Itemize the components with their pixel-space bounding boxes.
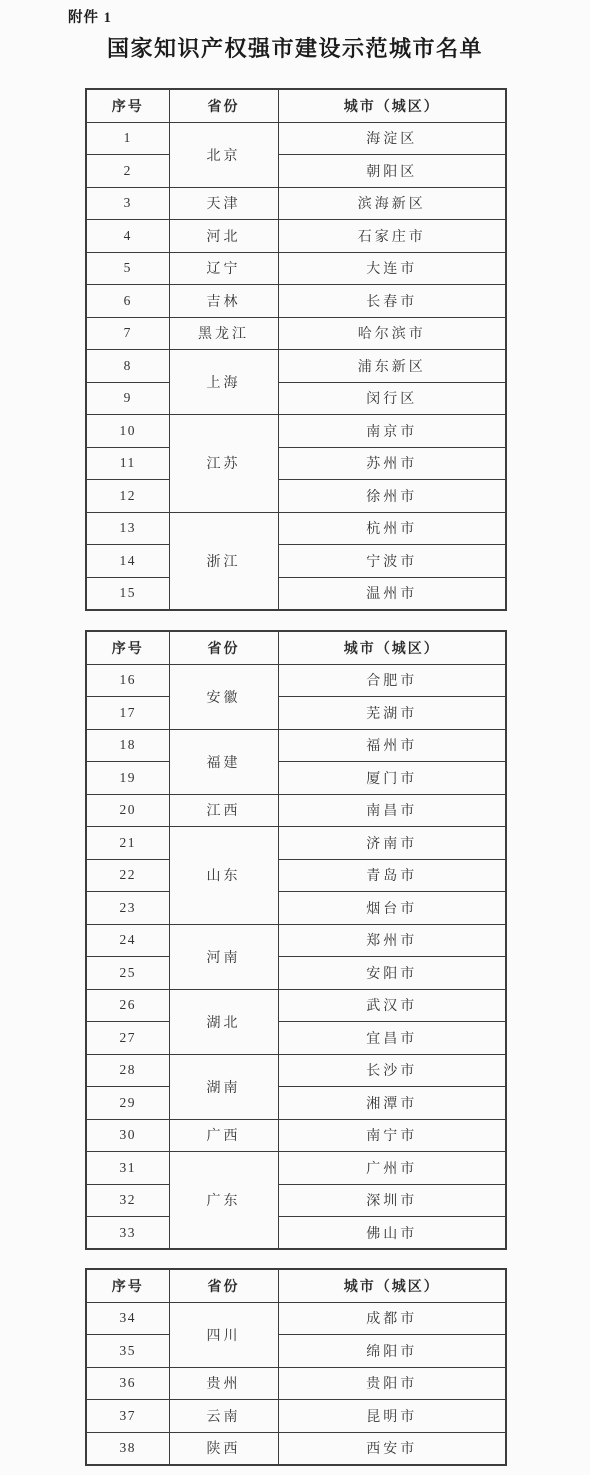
serial-number-cell: 12 bbox=[86, 480, 169, 513]
table-row: 31广东广州市 bbox=[86, 1152, 506, 1185]
serial-number-cell: 7 bbox=[86, 317, 169, 350]
serial-number-cell: 22 bbox=[86, 859, 169, 892]
serial-number-cell: 31 bbox=[86, 1152, 169, 1185]
serial-number-cell: 23 bbox=[86, 892, 169, 925]
serial-number-cell: 27 bbox=[86, 1022, 169, 1055]
province-cell: 北京 bbox=[169, 122, 278, 187]
table-row: 10江苏南京市 bbox=[86, 415, 506, 448]
column-header: 省份 bbox=[169, 89, 278, 122]
table-row: 11苏州市 bbox=[86, 447, 506, 480]
serial-number-cell: 14 bbox=[86, 545, 169, 578]
province-cell: 河北 bbox=[169, 220, 278, 253]
column-header: 城市（城区） bbox=[278, 89, 506, 122]
province-cell: 四川 bbox=[169, 1302, 278, 1367]
city-table-2: 序号省份城市（城区） 16安徽合肥市17芜湖市18福建福州市19厦门市20江西南… bbox=[85, 630, 507, 1250]
city-cell: 湘潭市 bbox=[278, 1087, 506, 1120]
serial-number-cell: 24 bbox=[86, 924, 169, 957]
serial-number-cell: 18 bbox=[86, 729, 169, 762]
city-cell: 厦门市 bbox=[278, 762, 506, 795]
city-cell: 郑州市 bbox=[278, 924, 506, 957]
table-row: 8上海浦东新区 bbox=[86, 350, 506, 383]
table-row: 5辽宁大连市 bbox=[86, 252, 506, 285]
serial-number-cell: 29 bbox=[86, 1087, 169, 1120]
city-cell: 昆明市 bbox=[278, 1400, 506, 1433]
city-cell: 烟台市 bbox=[278, 892, 506, 925]
serial-number-cell: 35 bbox=[86, 1335, 169, 1368]
serial-number-cell: 15 bbox=[86, 577, 169, 610]
column-header: 序号 bbox=[86, 1269, 169, 1302]
city-cell: 西安市 bbox=[278, 1432, 506, 1465]
city-cell: 滨海新区 bbox=[278, 187, 506, 220]
serial-number-cell: 19 bbox=[86, 762, 169, 795]
table-row: 24河南郑州市 bbox=[86, 924, 506, 957]
serial-number-cell: 6 bbox=[86, 285, 169, 318]
city-cell: 芜湖市 bbox=[278, 697, 506, 730]
table-row: 2朝阳区 bbox=[86, 155, 506, 188]
province-cell: 山东 bbox=[169, 827, 278, 925]
province-cell: 黑龙江 bbox=[169, 317, 278, 350]
serial-number-cell: 28 bbox=[86, 1054, 169, 1087]
table-row: 4河北石家庄市 bbox=[86, 220, 506, 253]
province-cell: 云南 bbox=[169, 1400, 278, 1433]
city-cell: 大连市 bbox=[278, 252, 506, 285]
city-cell: 石家庄市 bbox=[278, 220, 506, 253]
document-page: 附件 1 国家知识产权强市建设示范城市名单 序号省份城市（城区） 1北京海淀区2… bbox=[0, 0, 590, 1475]
table-row: 27宜昌市 bbox=[86, 1022, 506, 1055]
serial-number-cell: 32 bbox=[86, 1184, 169, 1217]
table-row: 13浙江杭州市 bbox=[86, 512, 506, 545]
serial-number-cell: 1 bbox=[86, 122, 169, 155]
city-table-1: 序号省份城市（城区） 1北京海淀区2朝阳区3天津滨海新区4河北石家庄市5辽宁大连… bbox=[85, 88, 507, 611]
city-cell: 佛山市 bbox=[278, 1217, 506, 1250]
table-row: 26湖北武汉市 bbox=[86, 989, 506, 1022]
serial-number-cell: 17 bbox=[86, 697, 169, 730]
serial-number-cell: 20 bbox=[86, 794, 169, 827]
city-cell: 合肥市 bbox=[278, 664, 506, 697]
table-row: 18福建福州市 bbox=[86, 729, 506, 762]
table-row: 7黑龙江哈尔滨市 bbox=[86, 317, 506, 350]
city-cell: 南昌市 bbox=[278, 794, 506, 827]
table-row: 3天津滨海新区 bbox=[86, 187, 506, 220]
serial-number-cell: 2 bbox=[86, 155, 169, 188]
province-cell: 江西 bbox=[169, 794, 278, 827]
city-cell: 福州市 bbox=[278, 729, 506, 762]
column-header: 序号 bbox=[86, 631, 169, 664]
city-cell: 宜昌市 bbox=[278, 1022, 506, 1055]
province-cell: 贵州 bbox=[169, 1367, 278, 1400]
city-table-3: 序号省份城市（城区） 34四川成都市35绵阳市36贵州贵阳市37云南昆明市38陕… bbox=[85, 1268, 507, 1466]
city-cell: 贵阳市 bbox=[278, 1367, 506, 1400]
page-title: 国家知识产权强市建设示范城市名单 bbox=[0, 32, 590, 63]
city-cell: 闵行区 bbox=[278, 382, 506, 415]
table-row: 34四川成都市 bbox=[86, 1302, 506, 1335]
city-cell: 宁波市 bbox=[278, 545, 506, 578]
serial-number-cell: 5 bbox=[86, 252, 169, 285]
header-row: 序号省份城市（城区） bbox=[86, 89, 506, 122]
serial-number-cell: 9 bbox=[86, 382, 169, 415]
table-row: 16安徽合肥市 bbox=[86, 664, 506, 697]
table-row: 36贵州贵阳市 bbox=[86, 1367, 506, 1400]
table-row: 12徐州市 bbox=[86, 480, 506, 513]
table-row: 19厦门市 bbox=[86, 762, 506, 795]
serial-number-cell: 36 bbox=[86, 1367, 169, 1400]
city-cell: 绵阳市 bbox=[278, 1335, 506, 1368]
table-row: 17芜湖市 bbox=[86, 697, 506, 730]
serial-number-cell: 30 bbox=[86, 1119, 169, 1152]
serial-number-cell: 38 bbox=[86, 1432, 169, 1465]
table-row: 9闵行区 bbox=[86, 382, 506, 415]
city-cell: 浦东新区 bbox=[278, 350, 506, 383]
table-row: 25安阳市 bbox=[86, 957, 506, 990]
serial-number-cell: 8 bbox=[86, 350, 169, 383]
column-header: 序号 bbox=[86, 89, 169, 122]
table-row: 20江西南昌市 bbox=[86, 794, 506, 827]
city-cell: 济南市 bbox=[278, 827, 506, 860]
city-cell: 长沙市 bbox=[278, 1054, 506, 1087]
province-cell: 广西 bbox=[169, 1119, 278, 1152]
header-row: 序号省份城市（城区） bbox=[86, 1269, 506, 1302]
city-cell: 南京市 bbox=[278, 415, 506, 448]
serial-number-cell: 37 bbox=[86, 1400, 169, 1433]
serial-number-cell: 21 bbox=[86, 827, 169, 860]
table-row: 33佛山市 bbox=[86, 1217, 506, 1250]
column-header: 城市（城区） bbox=[278, 1269, 506, 1302]
city-cell: 南宁市 bbox=[278, 1119, 506, 1152]
table-row: 30广西南宁市 bbox=[86, 1119, 506, 1152]
column-header: 省份 bbox=[169, 1269, 278, 1302]
serial-number-cell: 4 bbox=[86, 220, 169, 253]
city-cell: 温州市 bbox=[278, 577, 506, 610]
serial-number-cell: 34 bbox=[86, 1302, 169, 1335]
serial-number-cell: 26 bbox=[86, 989, 169, 1022]
city-cell: 成都市 bbox=[278, 1302, 506, 1335]
serial-number-cell: 25 bbox=[86, 957, 169, 990]
province-cell: 安徽 bbox=[169, 664, 278, 729]
table-row: 32深圳市 bbox=[86, 1184, 506, 1217]
column-header: 城市（城区） bbox=[278, 631, 506, 664]
table-row: 23烟台市 bbox=[86, 892, 506, 925]
table-row: 14宁波市 bbox=[86, 545, 506, 578]
city-cell: 苏州市 bbox=[278, 447, 506, 480]
serial-number-cell: 10 bbox=[86, 415, 169, 448]
table-row: 22青岛市 bbox=[86, 859, 506, 892]
city-cell: 哈尔滨市 bbox=[278, 317, 506, 350]
city-cell: 青岛市 bbox=[278, 859, 506, 892]
city-cell: 武汉市 bbox=[278, 989, 506, 1022]
table-row: 6吉林长春市 bbox=[86, 285, 506, 318]
table-row: 28湖南长沙市 bbox=[86, 1054, 506, 1087]
province-cell: 江苏 bbox=[169, 415, 278, 513]
city-cell: 安阳市 bbox=[278, 957, 506, 990]
city-cell: 杭州市 bbox=[278, 512, 506, 545]
province-cell: 湖北 bbox=[169, 989, 278, 1054]
serial-number-cell: 13 bbox=[86, 512, 169, 545]
city-cell: 广州市 bbox=[278, 1152, 506, 1185]
serial-number-cell: 11 bbox=[86, 447, 169, 480]
table-row: 1北京海淀区 bbox=[86, 122, 506, 155]
province-cell: 天津 bbox=[169, 187, 278, 220]
column-header: 省份 bbox=[169, 631, 278, 664]
serial-number-cell: 33 bbox=[86, 1217, 169, 1250]
province-cell: 湖南 bbox=[169, 1054, 278, 1119]
city-cell: 徐州市 bbox=[278, 480, 506, 513]
serial-number-cell: 3 bbox=[86, 187, 169, 220]
city-cell: 朝阳区 bbox=[278, 155, 506, 188]
province-cell: 广东 bbox=[169, 1152, 278, 1250]
province-cell: 吉林 bbox=[169, 285, 278, 318]
province-cell: 河南 bbox=[169, 924, 278, 989]
table-row: 21山东济南市 bbox=[86, 827, 506, 860]
header-row: 序号省份城市（城区） bbox=[86, 631, 506, 664]
city-cell: 深圳市 bbox=[278, 1184, 506, 1217]
province-cell: 浙江 bbox=[169, 512, 278, 610]
city-cell: 长春市 bbox=[278, 285, 506, 318]
city-cell: 海淀区 bbox=[278, 122, 506, 155]
table-row: 38陕西西安市 bbox=[86, 1432, 506, 1465]
table-row: 29湘潭市 bbox=[86, 1087, 506, 1120]
province-cell: 辽宁 bbox=[169, 252, 278, 285]
table-row: 37云南昆明市 bbox=[86, 1400, 506, 1433]
province-cell: 陕西 bbox=[169, 1432, 278, 1465]
table-row: 15温州市 bbox=[86, 577, 506, 610]
serial-number-cell: 16 bbox=[86, 664, 169, 697]
attachment-label: 附件 1 bbox=[68, 6, 112, 27]
province-cell: 上海 bbox=[169, 350, 278, 415]
table-row: 35绵阳市 bbox=[86, 1335, 506, 1368]
province-cell: 福建 bbox=[169, 729, 278, 794]
